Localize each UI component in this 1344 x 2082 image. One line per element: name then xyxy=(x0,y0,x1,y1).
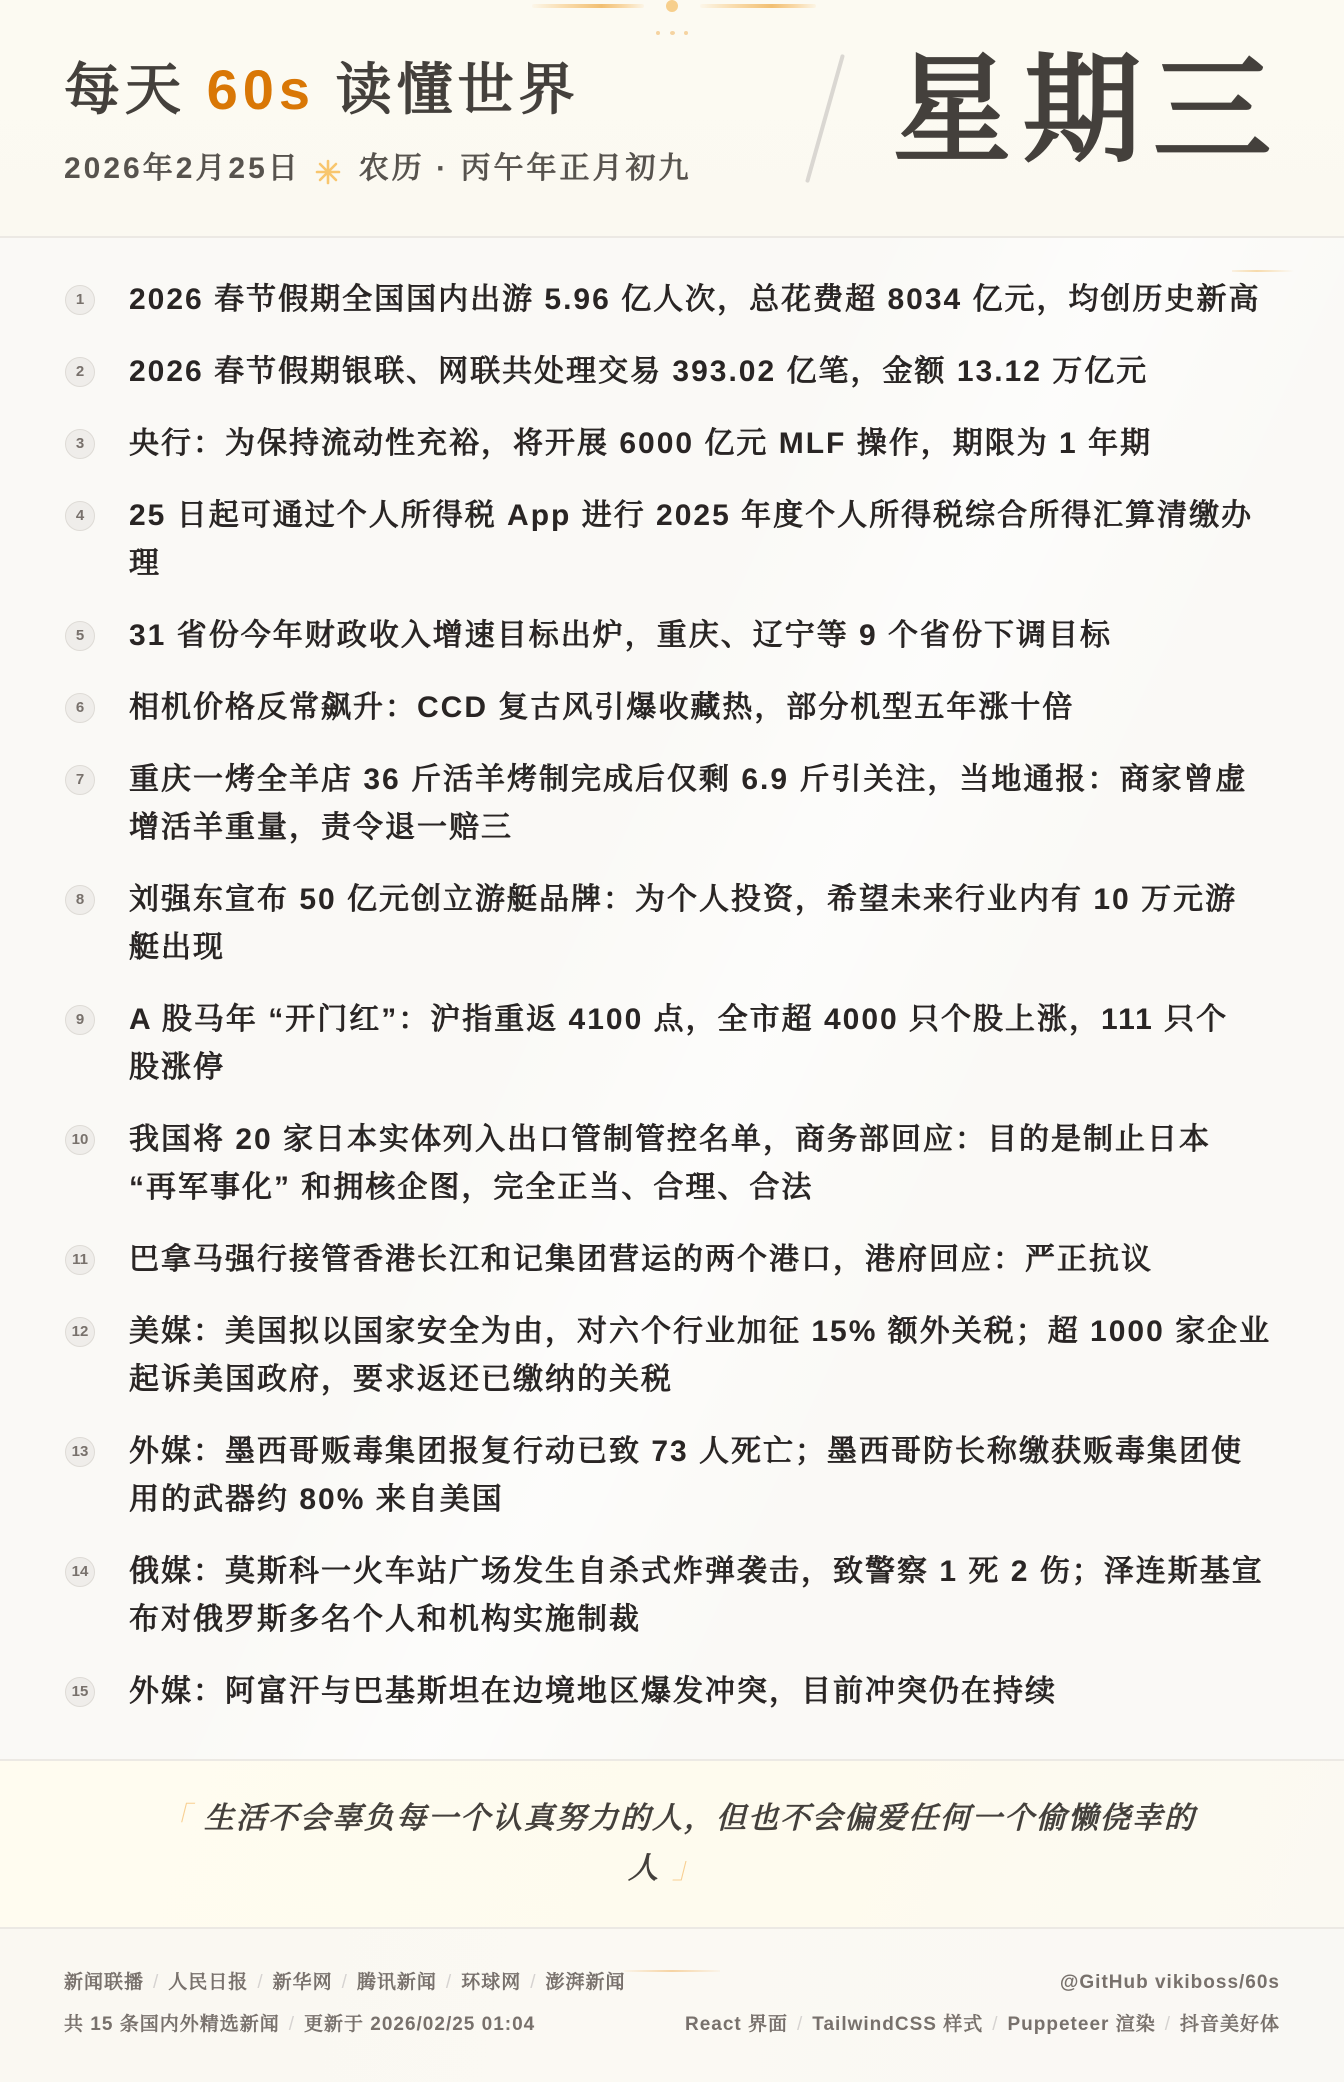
news-item-text: 巴拿马强行接管香港长江和记集团营运的两个港口，港府回应：严正抗议 xyxy=(129,1236,1153,1284)
news-item-text: 美媒：美国拟以国家安全为由，对六个行业加征 15% 额外关税；超 1000 家企… xyxy=(129,1308,1271,1404)
news-count: 共 15 条国内外精选新闻 xyxy=(64,2014,280,2035)
news-line: 布对俄罗斯多名个人和机构实施制裁 xyxy=(129,1596,1264,1644)
item-number-badge: 14 xyxy=(65,1557,95,1587)
news-line: 2026 春节假期全国国内出游 5.96 亿人次，总花费超 8034 亿元，均创… xyxy=(129,276,1261,324)
news-item-text: 2026 春节假期全国国内出游 5.96 亿人次，总花费超 8034 亿元，均创… xyxy=(129,276,1261,324)
news-line: 理 xyxy=(129,540,1253,588)
daily-quote: 「生活不会辜负每一个认真努力的人，但也不会偏爱任何一个偷懒侥幸的 人」 xyxy=(0,1759,1344,1929)
source-label: 环球网 xyxy=(461,1972,521,1993)
news-item-text: A 股马年 “开门红”：沪指重返 4100 点，全市超 4000 只个股上涨，1… xyxy=(129,996,1228,1092)
news-card: 每天 60s 读懂世界 2026年2月25日 农历 · 丙午年正月初九 星期三 xyxy=(0,0,1344,2082)
item-number-badge: 2 xyxy=(65,357,95,387)
source-label: 新闻联播 xyxy=(64,1972,144,1993)
news-line: 重庆一烤全羊店 36 斤活羊烤制完成后仅剩 6.9 斤引关注，当地通报：商家曾虚 xyxy=(129,756,1247,804)
decor-line-right xyxy=(700,4,816,8)
item-number-badge: 15 xyxy=(65,1677,95,1707)
credit-label: Puppeteer 渲染 xyxy=(1008,2014,1156,2035)
separator: / xyxy=(446,1972,452,1993)
item-number-badge: 9 xyxy=(65,1005,95,1035)
item-number-badge: 11 xyxy=(65,1245,95,1275)
news-line: 增活羊重量，责令退一赔三 xyxy=(129,804,1247,852)
item-number-badge: 7 xyxy=(65,765,95,795)
news-line: “再军事化” 和拥核企图，完全正当、合理、合法 xyxy=(129,1164,1211,1212)
open-quote-mark: 「 xyxy=(160,1802,192,1835)
item-number-badge: 4 xyxy=(65,501,95,531)
news-item: 11 巴拿马强行接管香港长江和记集团营运的两个港口，港府回应：严正抗议 xyxy=(64,1236,1280,1284)
news-line: 巴拿马强行接管香港长江和记集团营运的两个港口，港府回应：严正抗议 xyxy=(129,1236,1153,1284)
news-line: 央行：为保持流动性充裕，将开展 6000 亿元 MLF 操作，期限为 1 年期 xyxy=(129,420,1152,468)
page-title: 每天 60s 读懂世界 xyxy=(64,55,580,125)
news-item: 10 我国将 20 家日本实体列入出口管制管控名单，商务部回应：目的是制止日本 … xyxy=(64,1116,1280,1212)
item-number-badge: 8 xyxy=(65,885,95,915)
news-item-text: 相机价格反常飙升：CCD 复古风引爆收藏热，部分机型五年涨十倍 xyxy=(129,684,1074,732)
tech-credits: React 界面/TailwindCSS 样式/Puppeteer 渲染/抖音美… xyxy=(685,2011,1280,2039)
item-number-badge: 12 xyxy=(65,1317,95,1347)
item-number-badge: 10 xyxy=(65,1125,95,1155)
news-line: 美媒：美国拟以国家安全为由，对六个行业加征 15% 额外关税；超 1000 家企… xyxy=(129,1308,1271,1356)
source-label: 新华网 xyxy=(273,1972,333,1993)
news-item: 1 2026 春节假期全国国内出游 5.96 亿人次，总花费超 8034 亿元，… xyxy=(64,276,1280,324)
github-credit: @GitHub vikiboss/60s xyxy=(1060,1969,1280,1997)
title-suffix: 读懂世界 xyxy=(336,58,580,121)
decor-dot xyxy=(670,31,675,35)
news-item-text: 俄媒：莫斯科一火车站广场发生自杀式炸弹袭击，致警察 1 死 2 伤；泽连斯基宣 … xyxy=(129,1548,1264,1644)
news-sources: 新闻联播/人民日报/新华网/腾讯新闻/环球网/澎湃新闻 xyxy=(64,1969,626,1997)
quote-line: 「生活不会辜负每一个认真努力的人，但也不会偏爱任何一个偷懒侥幸的 xyxy=(120,1794,1224,1844)
news-line: A 股马年 “开门红”：沪指重返 4100 点，全市超 4000 只个股上涨，1… xyxy=(129,996,1228,1044)
separator: / xyxy=(342,1972,348,1993)
news-line: 我国将 20 家日本实体列入出口管制管控名单，商务部回应：目的是制止日本 xyxy=(129,1116,1211,1164)
news-item: 3 央行：为保持流动性充裕，将开展 6000 亿元 MLF 操作，期限为 1 年… xyxy=(64,420,1280,468)
decor-circle xyxy=(666,0,678,12)
news-item: 15 外媒：阿富汗与巴基斯坦在边境地区爆发冲突，目前冲突仍在持续 xyxy=(64,1668,1280,1716)
news-line: 2026 春节假期银联、网联共处理交易 393.02 亿笔，金额 13.12 万… xyxy=(129,348,1148,396)
source-label: 人民日报 xyxy=(168,1972,248,1993)
divider-slash xyxy=(805,54,845,183)
news-item-text: 我国将 20 家日本实体列入出口管制管控名单，商务部回应：目的是制止日本 “再军… xyxy=(129,1116,1211,1212)
news-item-text: 刘强东宣布 50 亿元创立游艇品牌：为个人投资，希望未来行业内有 10 万元游 … xyxy=(129,876,1237,972)
source-label: 澎湃新闻 xyxy=(545,1972,625,1993)
date-line: 2026年2月25日 农历 · 丙午年正月初九 xyxy=(64,149,691,189)
news-item-text: 25 日起可通过个人所得税 App 进行 2025 年度个人所得税综合所得汇算清… xyxy=(129,492,1253,588)
news-item: 6 相机价格反常飙升：CCD 复古风引爆收藏热，部分机型五年涨十倍 xyxy=(64,684,1280,732)
lunar-date: 农历 · 丙午年正月初九 xyxy=(359,149,692,189)
gregorian-date: 2026年2月25日 xyxy=(64,149,301,189)
news-item: 8 刘强东宣布 50 亿元创立游艇品牌：为个人投资，希望未来行业内有 10 万元… xyxy=(64,876,1280,972)
item-number-badge: 6 xyxy=(65,693,95,723)
credit-label: 抖音美好体 xyxy=(1180,2014,1280,2035)
news-line: 艇出现 xyxy=(129,924,1237,972)
footer: 新闻联播/人民日报/新华网/腾讯新闻/环球网/澎湃新闻 @GitHub viki… xyxy=(0,1929,1344,2082)
item-number-badge: 3 xyxy=(65,429,95,459)
decor-line-left xyxy=(532,4,644,8)
news-item: 5 31 省份今年财政收入增速目标出炉，重庆、辽宁等 9 个省份下调目标 xyxy=(64,612,1280,660)
news-item-text: 2026 春节假期银联、网联共处理交易 393.02 亿笔，金额 13.12 万… xyxy=(129,348,1148,396)
news-line: 起诉美国政府，要求返还已缴纳的关税 xyxy=(129,1356,1271,1404)
news-line: 外媒：墨西哥贩毒集团报复行动已致 73 人死亡；墨西哥防长称缴获贩毒集团使 xyxy=(129,1428,1243,1476)
news-list: 1 2026 春节假期全国国内出游 5.96 亿人次，总花费超 8034 亿元，… xyxy=(0,238,1344,1759)
close-quote-mark: 」 xyxy=(672,1852,704,1885)
news-item-text: 央行：为保持流动性充裕，将开展 6000 亿元 MLF 操作，期限为 1 年期 xyxy=(129,420,1152,468)
quote-text: 人 xyxy=(628,1852,660,1885)
source-label: 腾讯新闻 xyxy=(357,1972,437,1993)
news-line: 相机价格反常飙升：CCD 复古风引爆收藏热，部分机型五年涨十倍 xyxy=(129,684,1074,732)
news-item: 7 重庆一烤全羊店 36 斤活羊烤制完成后仅剩 6.9 斤引关注，当地通报：商家… xyxy=(64,756,1280,852)
quote-text: 生活不会辜负每一个认真努力的人，但也不会偏爱任何一个偷懒侥幸的 xyxy=(204,1802,1196,1835)
decor-dot xyxy=(656,31,660,35)
title-highlight: 60s xyxy=(207,58,315,121)
item-number-badge: 5 xyxy=(65,621,95,651)
quote-line: 人」 xyxy=(120,1844,1224,1894)
separator: / xyxy=(992,2014,998,2035)
news-item: 12 美媒：美国拟以国家安全为由，对六个行业加征 15% 额外关税；超 1000… xyxy=(64,1308,1280,1404)
separator: / xyxy=(257,1972,263,1993)
news-line: 外媒：阿富汗与巴基斯坦在边境地区爆发冲突，目前冲突仍在持续 xyxy=(129,1668,1057,1716)
news-item-text: 31 省份今年财政收入增速目标出炉，重庆、辽宁等 9 个省份下调目标 xyxy=(129,612,1112,660)
title-prefix: 每天 xyxy=(64,58,186,121)
credit-label: React 界面 xyxy=(685,2014,788,2035)
news-item-text: 重庆一烤全羊店 36 斤活羊烤制完成后仅剩 6.9 斤引关注，当地通报：商家曾虚… xyxy=(129,756,1247,852)
item-number-badge: 13 xyxy=(65,1437,95,1467)
separator: / xyxy=(1165,2014,1171,2035)
decor-line xyxy=(624,1970,720,1972)
footer-row-1: 新闻联播/人民日报/新华网/腾讯新闻/环球网/澎湃新闻 @GitHub viki… xyxy=(64,1969,1280,1997)
news-line: 刘强东宣布 50 亿元创立游艇品牌：为个人投资，希望未来行业内有 10 万元游 xyxy=(129,876,1237,924)
decor-dot xyxy=(684,31,688,35)
news-item: 9 A 股马年 “开门红”：沪指重返 4100 点，全市超 4000 只个股上涨… xyxy=(64,996,1280,1092)
item-number-badge: 1 xyxy=(65,285,95,315)
news-item: 2 2026 春节假期银联、网联共处理交易 393.02 亿笔，金额 13.12… xyxy=(64,348,1280,396)
credit-label: TailwindCSS 样式 xyxy=(812,2014,983,2035)
news-line: 股涨停 xyxy=(129,1044,1228,1092)
footer-row-2: 共 15 条国内外精选新闻/更新于 2026/02/25 01:04 React… xyxy=(64,2011,1280,2039)
news-item: 13 外媒：墨西哥贩毒集团报复行动已致 73 人死亡；墨西哥防长称缴获贩毒集团使… xyxy=(64,1428,1280,1524)
separator: / xyxy=(289,2014,295,2035)
asterisk-icon xyxy=(315,156,341,182)
decor-line xyxy=(1232,270,1294,272)
news-line: 31 省份今年财政收入增速目标出炉，重庆、辽宁等 9 个省份下调目标 xyxy=(129,612,1112,660)
update-time: 更新于 2026/02/25 01:04 xyxy=(304,2014,535,2035)
separator: / xyxy=(530,1972,536,1993)
weekday: 星期三 xyxy=(893,46,1283,176)
news-line: 用的武器约 80% 来自美国 xyxy=(129,1476,1243,1524)
news-summary: 共 15 条国内外精选新闻/更新于 2026/02/25 01:04 xyxy=(64,2011,535,2039)
news-item-text: 外媒：墨西哥贩毒集团报复行动已致 73 人死亡；墨西哥防长称缴获贩毒集团使 用的… xyxy=(129,1428,1243,1524)
news-item: 4 25 日起可通过个人所得税 App 进行 2025 年度个人所得税综合所得汇… xyxy=(64,492,1280,588)
news-line: 25 日起可通过个人所得税 App 进行 2025 年度个人所得税综合所得汇算清… xyxy=(129,492,1253,540)
news-item: 14 俄媒：莫斯科一火车站广场发生自杀式炸弹袭击，致警察 1 死 2 伤；泽连斯… xyxy=(64,1548,1280,1644)
header: 每天 60s 读懂世界 2026年2月25日 农历 · 丙午年正月初九 星期三 xyxy=(0,0,1344,238)
separator: / xyxy=(797,2014,803,2035)
news-line: 俄媒：莫斯科一火车站广场发生自杀式炸弹袭击，致警察 1 死 2 伤；泽连斯基宣 xyxy=(129,1548,1264,1596)
news-item-text: 外媒：阿富汗与巴基斯坦在边境地区爆发冲突，目前冲突仍在持续 xyxy=(129,1668,1057,1716)
separator: / xyxy=(153,1972,159,1993)
